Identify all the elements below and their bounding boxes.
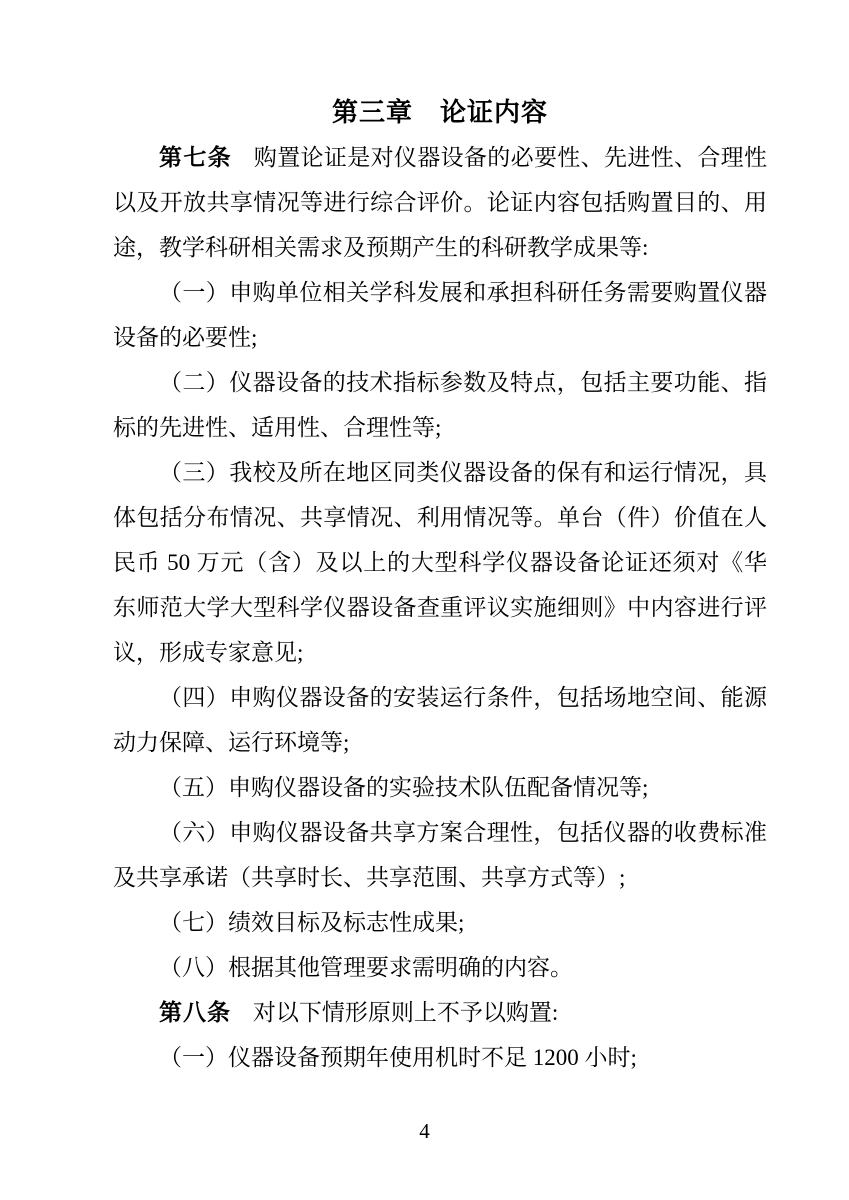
article-paragraph: 第八条对以下情形原则上不予以购置: — [113, 990, 767, 1035]
list-item-paragraph: （三）我校及所在地区同类仪器设备的保有和运行情况，具体包括分布情况、共享情况、利… — [113, 450, 767, 675]
article-label: 第八条 — [159, 999, 231, 1025]
page-number: 4 — [0, 1118, 849, 1144]
document-body: 第七条购置论证是对仪器设备的必要性、先进性、合理性以及开放共享情况等进行综合评价… — [113, 135, 767, 1080]
list-item-paragraph: （一）申购单位相关学科发展和承担科研任务需要购置仪器设备的必要性; — [113, 270, 767, 360]
list-item-paragraph: （七）绩效目标及标志性成果; — [113, 900, 767, 945]
list-item-paragraph: （八）根据其他管理要求需明确的内容。 — [113, 945, 767, 990]
list-item-paragraph: （二）仪器设备的技术指标参数及特点，包括主要功能、指标的先进性、适用性、合理性等… — [113, 360, 767, 450]
list-item-paragraph: （四）申购仪器设备的安装运行条件，包括场地空间、能源动力保障、运行环境等; — [113, 675, 767, 765]
list-item-paragraph: （五）申购仪器设备的实验技术队伍配备情况等; — [113, 765, 767, 810]
list-item-paragraph: （一）仪器设备预期年使用机时不足 1200 小时; — [113, 1035, 767, 1080]
article-paragraph: 第七条购置论证是对仪器设备的必要性、先进性、合理性以及开放共享情况等进行综合评价… — [113, 135, 767, 270]
chapter-title: 第三章 论证内容 — [113, 90, 767, 135]
list-item-paragraph: （六）申购仪器设备共享方案合理性，包括仪器的收费标准及共享承诺（共享时长、共享范… — [113, 810, 767, 900]
document-content: 第三章 论证内容 第七条购置论证是对仪器设备的必要性、先进性、合理性以及开放共享… — [0, 0, 849, 1080]
document-page: 第三章 论证内容 第七条购置论证是对仪器设备的必要性、先进性、合理性以及开放共享… — [0, 0, 849, 1200]
article-label: 第七条 — [159, 144, 232, 170]
